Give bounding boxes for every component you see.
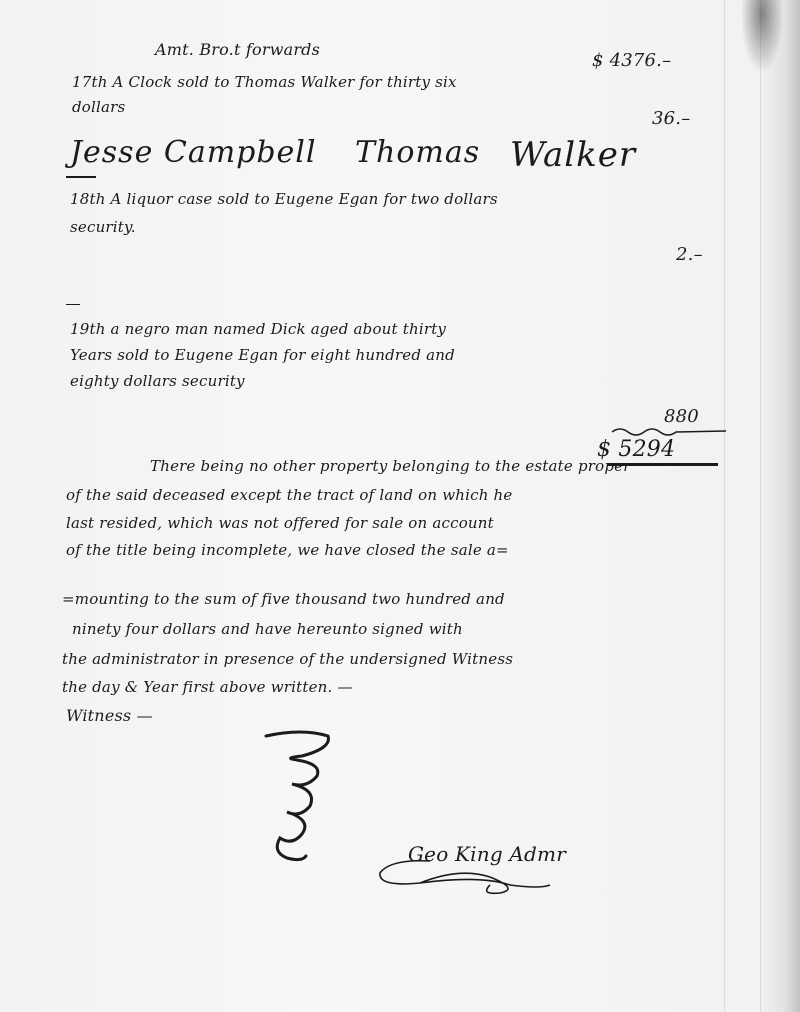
entry-line: dollars bbox=[72, 98, 125, 116]
sum-underline-icon bbox=[610, 424, 730, 436]
closing-line: the administrator in presence of the und… bbox=[62, 650, 513, 668]
entry-line: Years sold to Eugene Egan for eight hund… bbox=[70, 346, 455, 364]
carried-amount: $ 4376.– bbox=[592, 50, 671, 71]
entry-line: 17th A Clock sold to Thomas Walker for t… bbox=[72, 73, 457, 91]
witness-flourish-icon bbox=[262, 728, 342, 868]
header-amount-brought-forward: Amt. Bro.t forwards bbox=[155, 40, 320, 59]
witness-label: Witness — bbox=[66, 706, 153, 725]
entry-line: 19th a negro man named Dick aged about t… bbox=[70, 320, 446, 338]
entry-line: 18th A liquor case sold to Eugene Egan f… bbox=[70, 190, 498, 208]
closing-line: of the said deceased except the tract of… bbox=[66, 486, 512, 504]
signature-flourish-icon bbox=[370, 855, 560, 895]
closing-line: of the title being incomplete, we have c… bbox=[66, 541, 509, 559]
closing-line: ninety four dollars and have hereunto si… bbox=[72, 620, 463, 638]
section-mark bbox=[66, 304, 80, 305]
entry-line: eighty dollars security bbox=[70, 372, 245, 390]
closing-line: There being no other property belonging … bbox=[150, 457, 631, 475]
entry-line: security. bbox=[70, 218, 136, 236]
entry-amount: 2.– bbox=[676, 244, 703, 265]
underline-flourish bbox=[66, 176, 96, 178]
closing-line: =mounting to the sum of five thousand tw… bbox=[62, 590, 505, 608]
closing-line: the day & Year first above written. — bbox=[62, 678, 353, 696]
signature-jesse-campbell: Jesse Campbell bbox=[70, 135, 317, 170]
entry-amount: 36.– bbox=[652, 108, 690, 129]
signature-thomas: Thomas bbox=[355, 135, 480, 170]
document-page: Amt. Bro.t forwards $ 4376.– 17th A Cloc… bbox=[0, 0, 800, 1012]
page-fold-line bbox=[724, 0, 725, 1012]
signature-walker: Walker bbox=[510, 135, 636, 175]
ink-smudge bbox=[742, 0, 782, 70]
closing-line: last resided, which was not offered for … bbox=[66, 514, 494, 532]
page-edge-shadow bbox=[760, 0, 800, 1012]
